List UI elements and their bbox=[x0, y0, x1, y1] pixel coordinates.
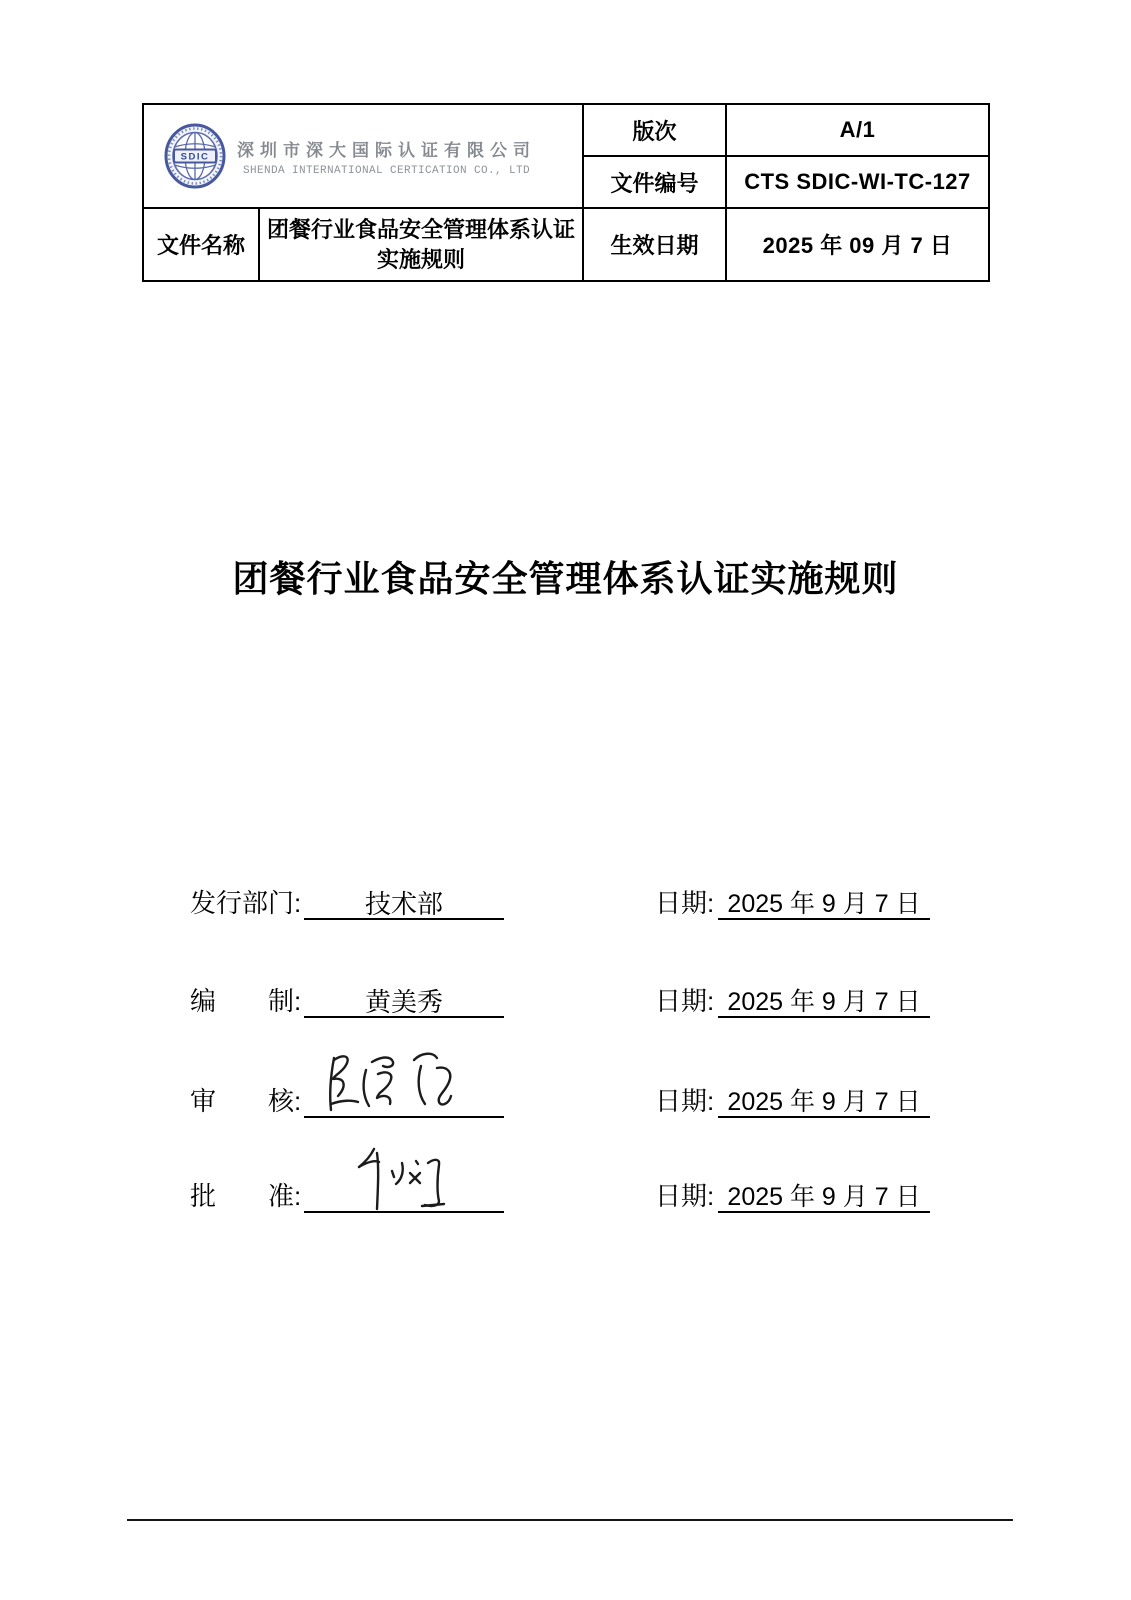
reviewer-signature bbox=[318, 1046, 468, 1116]
signoff-row-issuing-dept: 发行部门: 技术部 日期: 2025 年 9 月 7 日 bbox=[190, 888, 1000, 918]
approver-label: 批 准: bbox=[190, 1181, 301, 1211]
version-label-cell: 版次 bbox=[583, 104, 726, 156]
doc-number-value-cell: CTS SDIC-WI-TC-127 bbox=[726, 156, 989, 208]
doc-name-label-cell: 文件名称 bbox=[143, 208, 259, 281]
approver-signature bbox=[350, 1137, 500, 1211]
effective-date-label-cell: 生效日期 bbox=[583, 208, 726, 281]
logo-cell: SDIC 深圳市深大国际认证有限公司 SHENDA INTERNATIONAL … bbox=[143, 104, 583, 208]
date-label: 日期: bbox=[655, 1181, 714, 1211]
signoff-row-reviewer: 审 核: 日期: 2025 年 9 月 7 日 bbox=[190, 1086, 1000, 1116]
date-value-field: 2025 年 9 月 7 日 bbox=[718, 888, 930, 920]
doc-number-label-cell: 文件编号 bbox=[583, 156, 726, 208]
footer-divider bbox=[127, 1519, 1013, 1521]
effective-date-value-cell: 2025 年 09 月 7 日 bbox=[726, 208, 989, 281]
date-value-field: 2025 年 9 月 7 日 bbox=[718, 1181, 930, 1213]
emblem-text: SDIC bbox=[181, 152, 210, 163]
reviewer-label: 审 核: bbox=[190, 1086, 301, 1116]
issuing-dept-label: 发行部门: bbox=[190, 888, 301, 918]
sdic-emblem-icon: SDIC bbox=[164, 123, 226, 189]
author-value-field: 黄美秀 bbox=[304, 986, 504, 1018]
date-label: 日期: bbox=[655, 986, 714, 1016]
date-label: 日期: bbox=[655, 888, 714, 918]
version-value-cell: A/1 bbox=[726, 104, 989, 156]
date-value-field: 2025 年 9 月 7 日 bbox=[718, 986, 930, 1018]
signoff-row-author: 编 制: 黄美秀 日期: 2025 年 9 月 7 日 bbox=[190, 986, 1000, 1016]
date-value-field: 2025 年 9 月 7 日 bbox=[718, 1086, 930, 1118]
issuing-dept-value-field: 技术部 bbox=[304, 888, 504, 920]
signoff-row-approver: 批 准: 日期: 2025 年 9 月 7 日 bbox=[190, 1181, 1000, 1211]
header-table: SDIC 深圳市深大国际认证有限公司 SHENDA INTERNATIONAL … bbox=[142, 103, 990, 282]
doc-name-value-cell: 团餐行业食品安全管理体系认证实施规则 bbox=[259, 208, 583, 281]
document-page: { "header_table": { "logo": { "emblem_te… bbox=[0, 0, 1131, 1600]
company-name-en: SHENDA INTERNATIONAL CERTICATION CO., LT… bbox=[237, 165, 536, 177]
date-label: 日期: bbox=[655, 1086, 714, 1116]
document-title: 团餐行业食品安全管理体系认证实施规则 bbox=[0, 551, 1131, 602]
author-label: 编 制: bbox=[190, 986, 301, 1016]
company-name-cn: 深圳市深大国际认证有限公司 bbox=[237, 136, 536, 161]
